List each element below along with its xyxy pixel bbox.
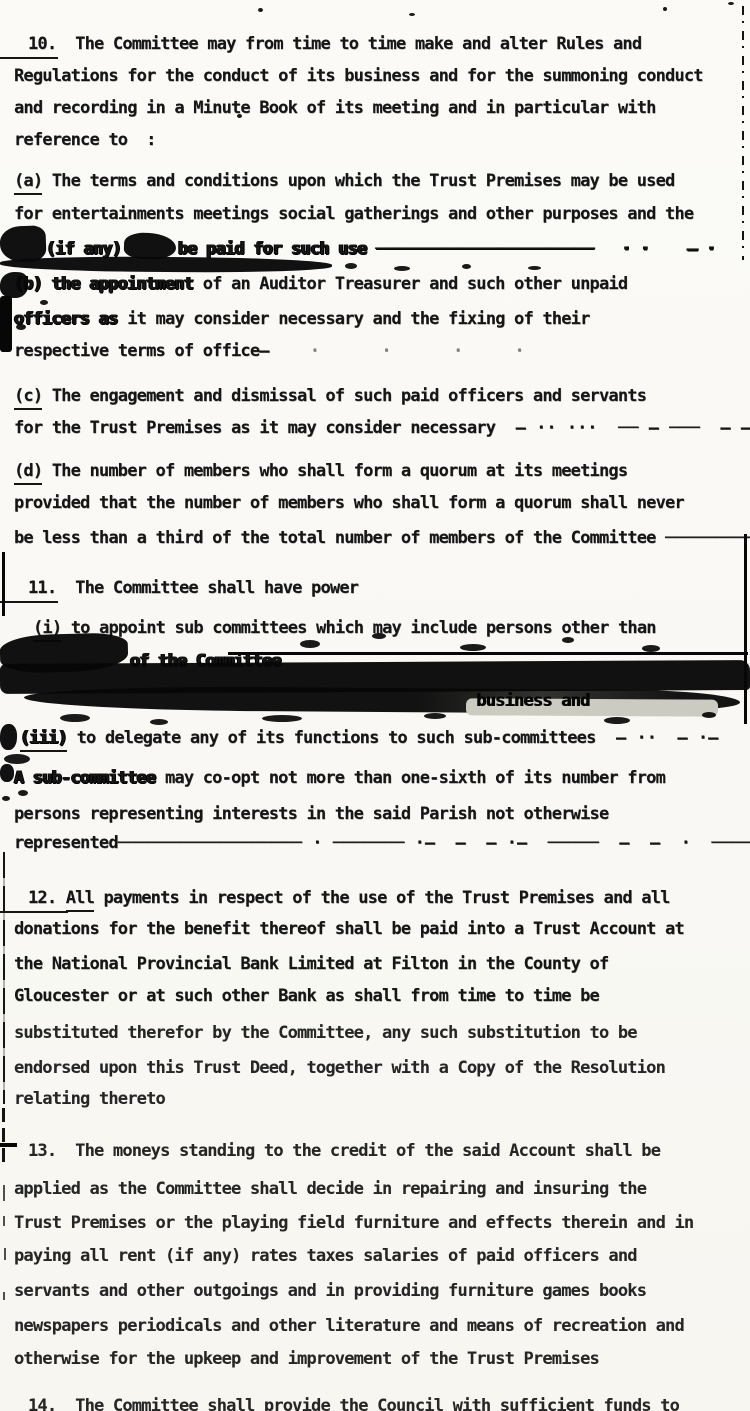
ink-rule [228, 652, 748, 655]
left-margin-dash [3, 1185, 5, 1201]
ink-speck [2, 796, 10, 801]
ink-speck [728, 2, 734, 5]
ink-speck [300, 640, 320, 648]
ink-smudge [0, 272, 28, 299]
ink-speck [424, 713, 446, 719]
ink-speck [262, 715, 302, 722]
left-margin-line [2, 552, 5, 616]
ink-smudge [0, 256, 332, 273]
ink-speck [16, 324, 26, 330]
ink-speck [4, 754, 30, 764]
left-margin-line [3, 852, 5, 1104]
ink-speck [562, 637, 574, 643]
left-margin-dash [3, 1216, 5, 1226]
ink-speck [702, 712, 716, 718]
ink-speck [642, 645, 660, 652]
left-margin-dash [4, 1248, 6, 1260]
right-margin-dashed-line [742, 6, 744, 260]
ink-speck [409, 13, 415, 16]
left-margin-dash [3, 1292, 5, 1300]
left-margin-line [2, 1108, 5, 1164]
ink-speck [258, 8, 263, 12]
ink-smudge [124, 232, 177, 260]
ink-speck [394, 266, 410, 271]
ink-band-upper [0, 660, 750, 694]
ink-speck [604, 717, 630, 724]
ink-speck [460, 644, 486, 651]
ink-speck [237, 114, 242, 118]
document-page: 10. The Committee may from time to time … [0, 0, 750, 1411]
right-margin-solid-line [744, 534, 747, 724]
ink-speck [40, 300, 48, 305]
ink-smudge [0, 225, 47, 263]
ink-speck [663, 7, 667, 11]
ink-smudge [0, 764, 14, 782]
ink-smudge [0, 724, 17, 751]
left-margin-ink-bar [0, 296, 12, 352]
ink-over-layer [0, 0, 750, 1411]
ink-speck [462, 264, 471, 269]
ink-speck [150, 719, 168, 725]
ink-speck [18, 790, 28, 796]
ink-speck [372, 633, 386, 639]
ink-speck [528, 266, 541, 270]
ink-speck [345, 263, 357, 269]
ink-speck [60, 714, 90, 722]
